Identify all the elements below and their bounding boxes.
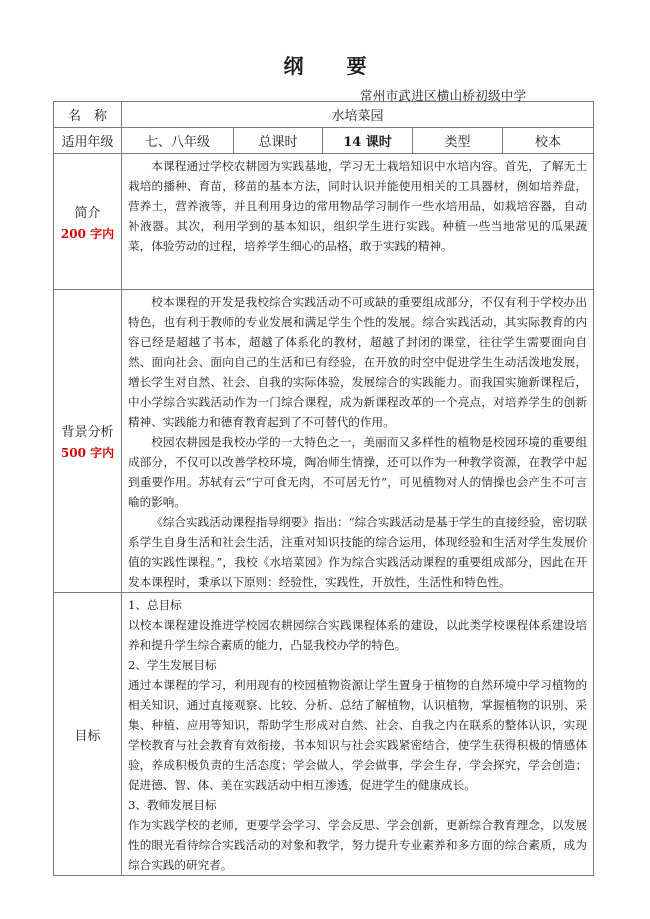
grade-value: 七、八年级 bbox=[122, 128, 234, 154]
goal-heading: 2、学生发展目标 bbox=[128, 655, 587, 675]
goal-text: 通过本课程的学习，利用现有的校园植物资源让学生置身于植物的自然环境中学习植物的相… bbox=[128, 675, 587, 795]
background-label-cell: 背景分析 500 字内 bbox=[54, 290, 122, 593]
course-name: 水培菜园 bbox=[122, 102, 594, 128]
goal-text: 作为实践学校的老师，更要学会学习、学会反思、学会创新，更新综合教育理念，以发展性… bbox=[128, 815, 587, 875]
course-outline-table: 名 称 水培菜园 适用年级 七、八年级 总课时 14 课时 类型 校本 简介 2… bbox=[53, 101, 594, 876]
name-row: 名 称 水培菜园 bbox=[54, 102, 594, 128]
grade-row: 适用年级 七、八年级 总课时 14 课时 类型 校本 bbox=[54, 128, 594, 154]
goal-text: 以校本课程建设推进学校园农耕园综合实践课程体系的建设，以此类学校课程体系建设培养… bbox=[128, 615, 587, 655]
goals-row: 目标 1、总目标 以校本课程建设推进学校园农耕园综合实践课程体系的建设，以此类学… bbox=[54, 593, 594, 876]
intro-content-cell: 本课程通过学校农耕园为实践基地，学习无土栽培知识中水培内容。首先，了解无土栽培的… bbox=[122, 154, 594, 290]
intro-word-limit: 200 字内 bbox=[54, 225, 121, 242]
intro-label: 简介 bbox=[74, 206, 100, 221]
type-value: 校本 bbox=[503, 128, 594, 154]
type-label: 类型 bbox=[413, 128, 503, 154]
background-paragraph: 校园农耕园是我校办学的一大特色之一，美丽而又多样性的植物是校园环境的重要组成部分… bbox=[128, 432, 587, 512]
goal-heading: 1、总目标 bbox=[128, 595, 587, 615]
intro-label-cell: 简介 200 字内 bbox=[54, 154, 122, 290]
goals-label: 目标 bbox=[54, 593, 122, 876]
grade-label: 适用年级 bbox=[54, 128, 122, 154]
background-label: 背景分析 bbox=[61, 425, 113, 440]
goal-heading: 3、教师发展目标 bbox=[128, 795, 587, 815]
background-row: 背景分析 500 字内 校本课程的开发是我校综合实践活动不可或缺的重要组成部分，… bbox=[54, 290, 594, 593]
background-content-cell: 校本课程的开发是我校综合实践活动不可或缺的重要组成部分，不仅有利于学校办出特色，… bbox=[122, 290, 594, 593]
goals-content-cell: 1、总目标 以校本课程建设推进学校园农耕园综合实践课程体系的建设，以此类学校课程… bbox=[122, 593, 594, 876]
background-paragraph: 校本课程的开发是我校综合实践活动不可或缺的重要组成部分，不仅有利于学校办出特色，… bbox=[128, 292, 587, 432]
page-title: 纲 要 bbox=[0, 50, 650, 79]
intro-paragraph: 本课程通过学校农耕园为实践基地，学习无土栽培知识中水培内容。首先，了解无土栽培的… bbox=[128, 156, 587, 256]
hours-value: 14 课时 bbox=[323, 128, 413, 154]
intro-row: 简介 200 字内 本课程通过学校农耕园为实践基地，学习无土栽培知识中水培内容。… bbox=[54, 154, 594, 290]
background-paragraph: 《综合实践活动课程指导纲要》指出：“综合实践活动是基于学生的直接经验，密切联系学… bbox=[128, 512, 587, 592]
hours-label: 总课时 bbox=[234, 128, 323, 154]
name-label: 名 称 bbox=[54, 102, 122, 128]
background-word-limit: 500 字内 bbox=[54, 444, 121, 461]
